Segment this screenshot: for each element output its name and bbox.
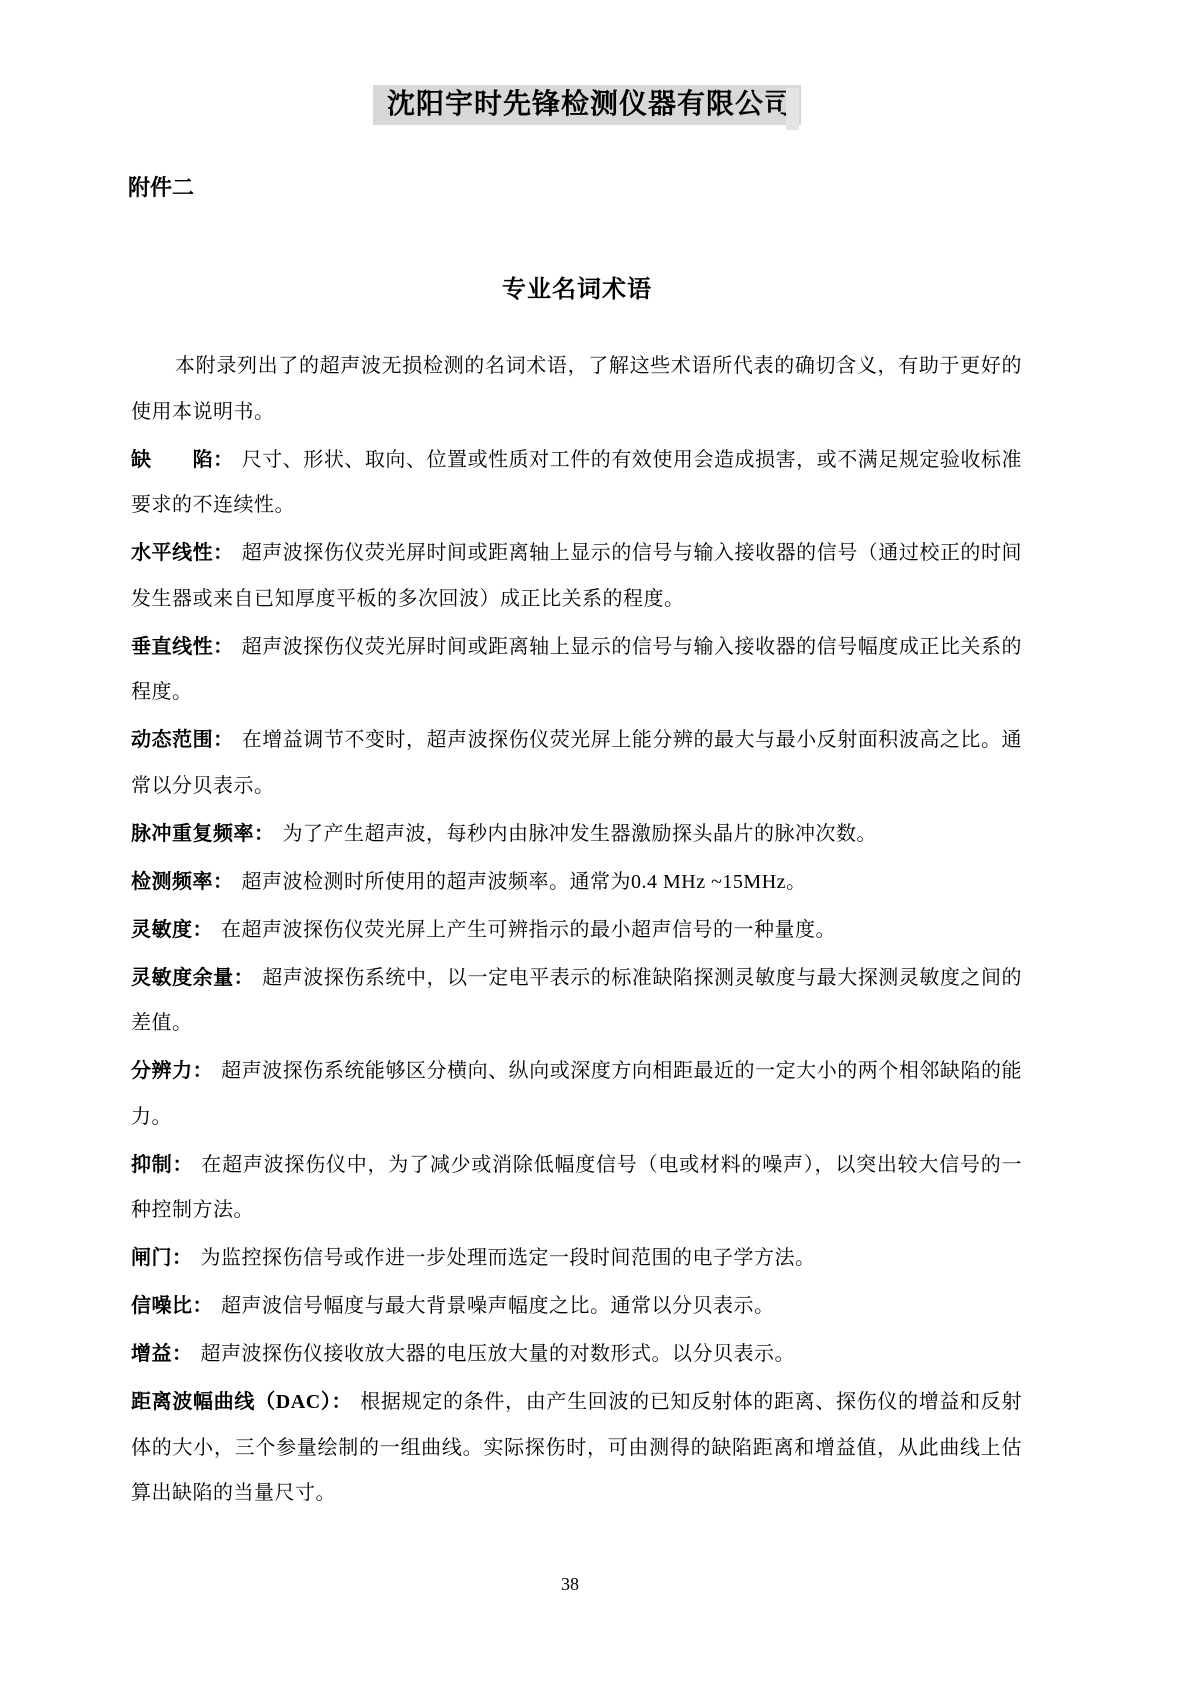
intro-paragraph: 本附录列出了的超声波无损检测的名词术语，了解这些术语所代表的确切含义，有助于更好… [131, 344, 1022, 435]
glossary-entry: 信噪比：超声波信号幅度与最大背景噪声幅度之比。通常以分贝表示。 [131, 1284, 1022, 1330]
glossary-definition: 在超声波探伤仪荧光屏上产生可辨指示的最小超声信号的一种量度。 [221, 919, 836, 941]
glossary-entry: 水平线性：超声波探伤仪荧光屏时间或距离轴上显示的信号与输入接收器的信号（通过校正… [131, 531, 1022, 622]
glossary-term: 检测频率： [131, 871, 242, 893]
glossary-definition: 为了产生超声波，每秒内由脉冲发生器激励探头晶片的脉冲次数。 [283, 823, 878, 845]
glossary-entry: 距离波幅曲线（DAC）：根据规定的条件，由产生回波的已知反射体的距离、探伤仪的增… [131, 1380, 1022, 1517]
glossary-definition: 超声波探伤系统中，以一定电平表示的标准缺陷探测灵敏度与最大探测灵敏度之间的差值。 [131, 967, 1022, 1035]
glossary-term: 缺 陷： [131, 449, 242, 471]
page-title: 专业名词术语 [0, 269, 1154, 304]
glossary: 本附录列出了的超声波无损检测的名词术语，了解这些术语所代表的确切含义，有助于更好… [131, 344, 1022, 1519]
glossary-term: 灵敏度： [131, 919, 221, 941]
glossary-entry: 脉冲重复频率：为了产生超声波，每秒内由脉冲发生器激励探头晶片的脉冲次数。 [131, 812, 1022, 858]
glossary-term: 垂直线性： [131, 636, 242, 658]
glossary-entry: 灵敏度：在超声波探伤仪荧光屏上产生可辨指示的最小超声信号的一种量度。 [131, 908, 1022, 954]
glossary-definition: 超声波探伤仪荧光屏时间或距离轴上显示的信号与输入接收器的信号（通过校正的时间发生… [131, 542, 1022, 610]
glossary-definition: 超声波探伤仪接收放大器的电压放大量的对数形式。以分贝表示。 [201, 1343, 796, 1365]
glossary-term: 抑制： [131, 1154, 201, 1176]
glossary-entry: 垂直线性：超声波探伤仪荧光屏时间或距离轴上显示的信号与输入接收器的信号幅度成正比… [131, 625, 1022, 716]
glossary-definition: 超声波检测时所使用的超声波频率。通常为0.4 MHz ~15MHz。 [242, 871, 807, 893]
glossary-entry: 增益：超声波探伤仪接收放大器的电压放大量的对数形式。以分贝表示。 [131, 1332, 1022, 1378]
glossary-term: 分辨力： [131, 1060, 221, 1082]
glossary-term: 脉冲重复频率： [131, 823, 283, 845]
glossary-term: 水平线性： [131, 542, 242, 564]
company-banner: 沈阳宇时先锋检测仪器有限公司 [373, 85, 801, 125]
glossary-term: 闸门： [131, 1247, 201, 1269]
glossary-entry: 检测频率：超声波检测时所使用的超声波频率。通常为0.4 MHz ~15MHz。 [131, 860, 1022, 906]
glossary-term: 距离波幅曲线（DAC）： [131, 1391, 360, 1413]
attachment-label: 附件二 [128, 171, 194, 202]
page-number: 38 [0, 1574, 1140, 1595]
glossary-definition: 超声波探伤仪荧光屏时间或距离轴上显示的信号与输入接收器的信号幅度成正比关系的程度… [131, 636, 1022, 704]
glossary-entry: 缺 陷：尺寸、形状、取向、位置或性质对工件的有效使用会造成损害，或不满足规定验收… [131, 438, 1022, 529]
company-name: 沈阳宇时先锋检测仪器有限公司 [387, 85, 793, 125]
glossary-term: 灵敏度余量： [131, 967, 262, 989]
glossary-entry: 闸门：为监控探伤信号或作进一步处理而选定一段时间范围的电子学方法。 [131, 1236, 1022, 1282]
glossary-entry: 分辨力：超声波探伤系统能够区分横向、纵向或深度方向相距最近的一定大小的两个相邻缺… [131, 1049, 1022, 1140]
glossary-entry: 抑制：在超声波探伤仪中，为了减少或消除低幅度信号（电或材料的噪声），以突出较大信… [131, 1143, 1022, 1234]
glossary-definition: 在增益调节不变时，超声波探伤仪荧光屏上能分辨的最大与最小反射面积波高之比。通常以… [131, 729, 1022, 797]
glossary-definition: 尺寸、形状、取向、位置或性质对工件的有效使用会造成损害，或不满足规定验收标准要求… [131, 449, 1022, 517]
glossary-term: 增益： [131, 1343, 201, 1365]
banner-highlight-tail [786, 88, 799, 130]
glossary-entry: 动态范围：在增益调节不变时，超声波探伤仪荧光屏上能分辨的最大与最小反射面积波高之… [131, 718, 1022, 809]
glossary-definition: 超声波信号幅度与最大背景噪声幅度之比。通常以分贝表示。 [221, 1295, 775, 1317]
glossary-term: 动态范围： [131, 729, 242, 751]
glossary-entry: 灵敏度余量：超声波探伤系统中，以一定电平表示的标准缺陷探测灵敏度与最大探测灵敏度… [131, 956, 1022, 1047]
glossary-term: 信噪比： [131, 1295, 221, 1317]
glossary-definition: 为监控探伤信号或作进一步处理而选定一段时间范围的电子学方法。 [201, 1247, 816, 1269]
glossary-definition: 超声波探伤系统能够区分横向、纵向或深度方向相距最近的一定大小的两个相邻缺陷的能力… [131, 1060, 1022, 1128]
glossary-definition: 在超声波探伤仪中，为了减少或消除低幅度信号（电或材料的噪声），以突出较大信号的一… [131, 1154, 1022, 1222]
document-page: 沈阳宇时先锋检测仪器有限公司 附件二 专业名词术语 本附录列出了的超声波无损检测… [0, 0, 1200, 1697]
